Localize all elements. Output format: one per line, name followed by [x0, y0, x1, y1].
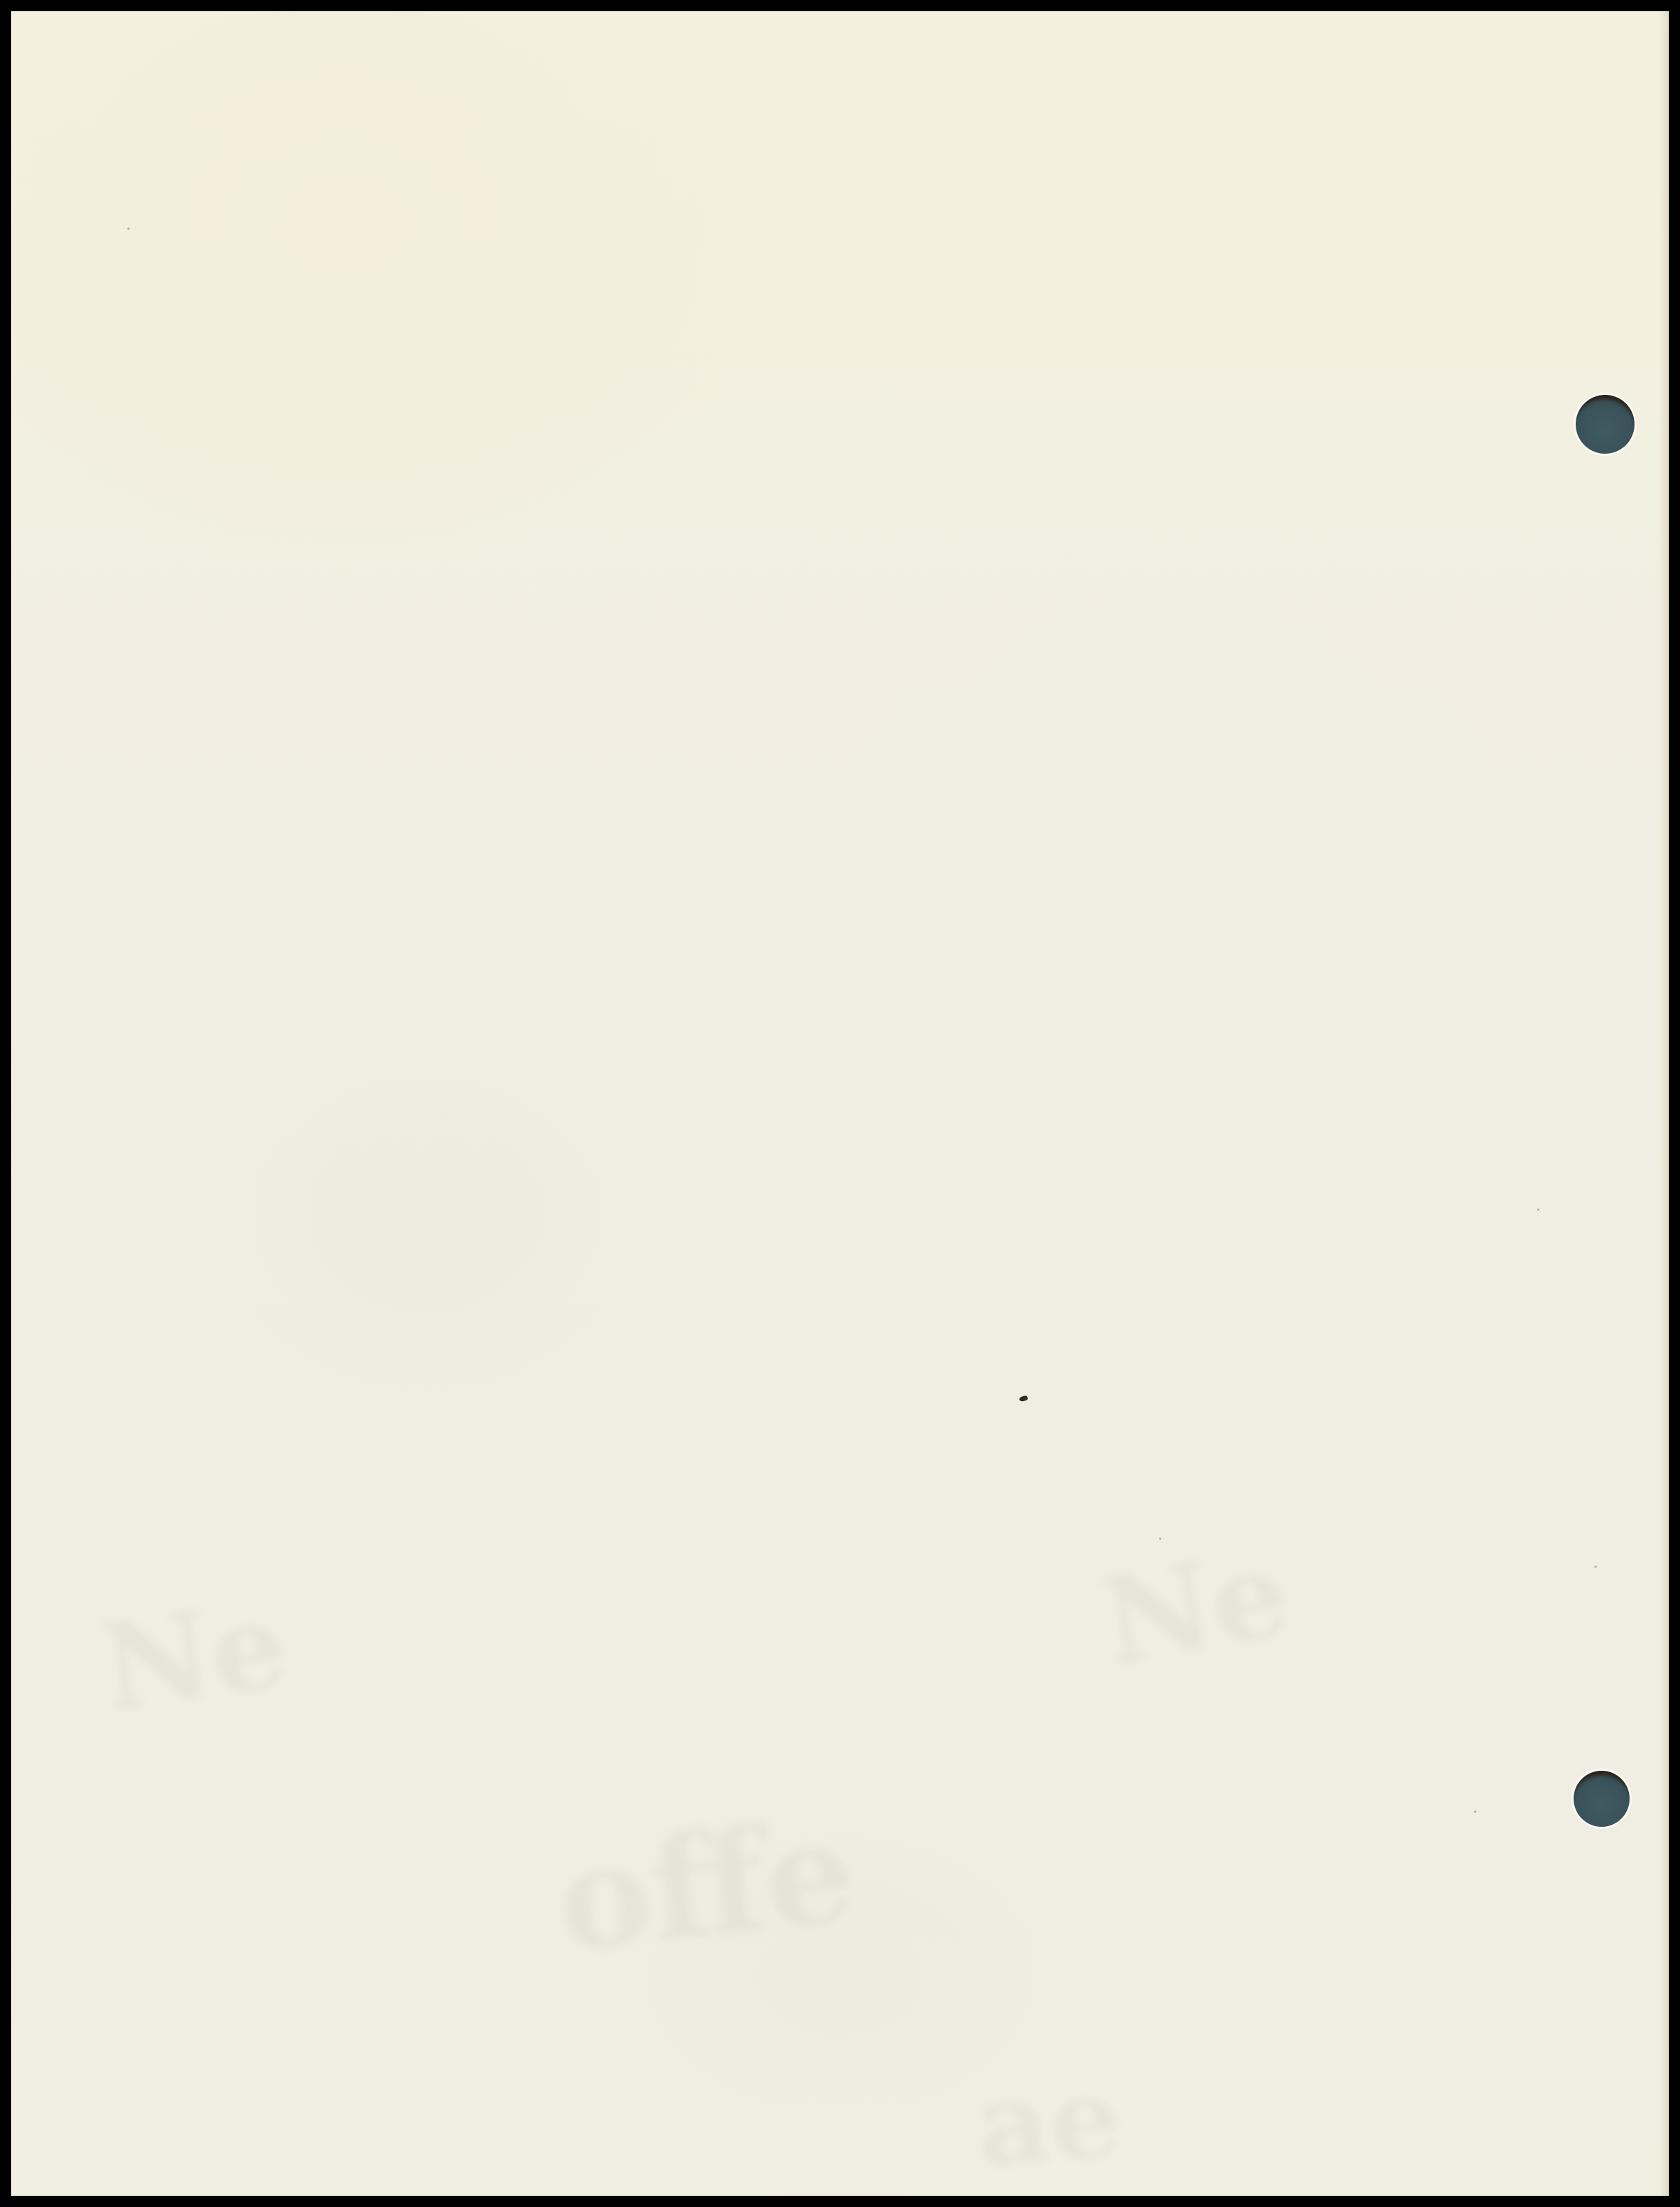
dust-speck	[127, 228, 129, 230]
ink-speck	[1018, 1395, 1028, 1402]
bleed-through-mark: offe	[549, 1788, 862, 1983]
dust-speck	[1159, 1538, 1161, 1540]
bleed-through-mark: Ne	[1093, 1523, 1298, 1693]
dust-speck	[1537, 1209, 1539, 1211]
dust-speck	[1474, 1811, 1476, 1813]
dust-speck	[1595, 1566, 1597, 1568]
page-content-state: blank	[11, 11, 12, 12]
bleed-through-mark: ae	[973, 2051, 1126, 2192]
punch-hole-bottom	[1574, 1771, 1630, 1827]
bleed-through-note: faint, illegible handwriting from revers…	[11, 11, 12, 12]
bleed-through-mark: Ne	[93, 1575, 295, 1739]
blank-page: Ne offe Ne ae blank faint, illegible han…	[11, 11, 1669, 2196]
page-edge-shadow	[1659, 11, 1669, 2196]
scan-frame: Ne offe Ne ae blank faint, illegible han…	[0, 0, 1680, 2207]
